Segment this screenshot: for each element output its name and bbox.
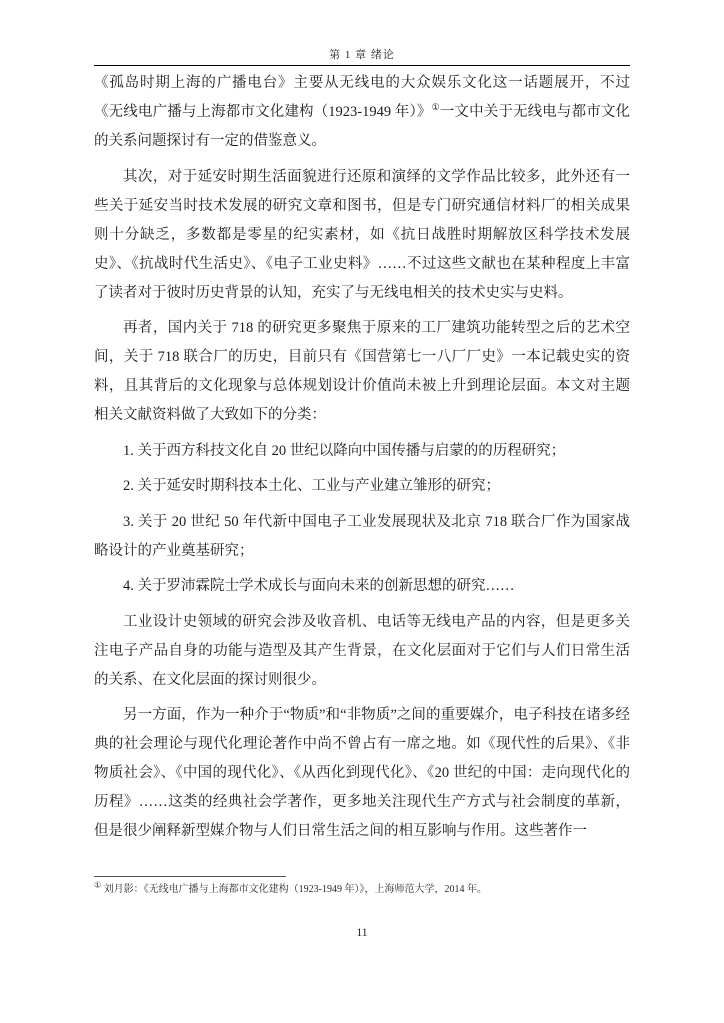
footnote-marker: ① bbox=[94, 881, 101, 890]
list-item-3: 3. 关于 20 世纪 50 年代新中国电子工业发展现状及北京 718 联合厂作… bbox=[94, 508, 630, 566]
footnote-text: 刘月影：《无线电广播与上海都市文化建构（1923-1949 年）》，上海师范大学… bbox=[104, 884, 487, 895]
list-item-1: 1. 关于西方科技文化自 20 世纪以降向中国传播与启蒙的的历程研究； bbox=[94, 437, 630, 466]
chapter-header-title: 第 1 章 绪论 bbox=[94, 46, 630, 62]
page-header: 第 1 章 绪论 bbox=[0, 0, 724, 66]
footnote-separator-rule bbox=[94, 876, 286, 877]
paragraph-3: 再者，国内关于 718 的研究更多聚焦于原来的工厂建筑功能转型之后的艺术空间，关… bbox=[94, 314, 630, 430]
footnote-section: ① 刘月影：《无线电广播与上海都市文化建构（1923-1949 年）》，上海师范… bbox=[94, 876, 630, 897]
document-body: 《孤岛时期上海的广播电台》主要从无线电的大众娱乐文化这一话题展开，不过《无线电广… bbox=[0, 66, 724, 846]
paragraph-5: 另一方面，作为一种介于“物质”和“非物质”之间的重要媒介，电子科技在诸多经典的社… bbox=[94, 701, 630, 846]
paragraph-2: 其次，对于延安时期生活面貌进行还原和演绎的文学作品比较多，此外还有一些关于延安当… bbox=[94, 163, 630, 308]
paragraph-4: 工业设计史领域的研究会涉及收音机、电话等无线电产品的内容，但是更多关注电子产品自… bbox=[94, 608, 630, 695]
document-page: 第 1 章 绪论 《孤岛时期上海的广播电台》主要从无线电的大众娱乐文化这一话题展… bbox=[0, 0, 724, 1023]
footnote-reference-marker: ① bbox=[432, 102, 440, 112]
footnote: ① 刘月影：《无线电广播与上海都市文化建构（1923-1949 年）》，上海师范… bbox=[94, 882, 630, 897]
page-number: 11 bbox=[0, 927, 724, 939]
paragraph-1: 《孤岛时期上海的广播电台》主要从无线电的大众娱乐文化这一话题展开，不过《无线电广… bbox=[94, 69, 630, 156]
list-item-4: 4. 关于罗沛霖院士学术成长与面向未来的创新思想的研究…… bbox=[94, 572, 630, 601]
list-item-2: 2. 关于延安时期科技本土化、工业与产业建立雏形的研究； bbox=[94, 472, 630, 501]
